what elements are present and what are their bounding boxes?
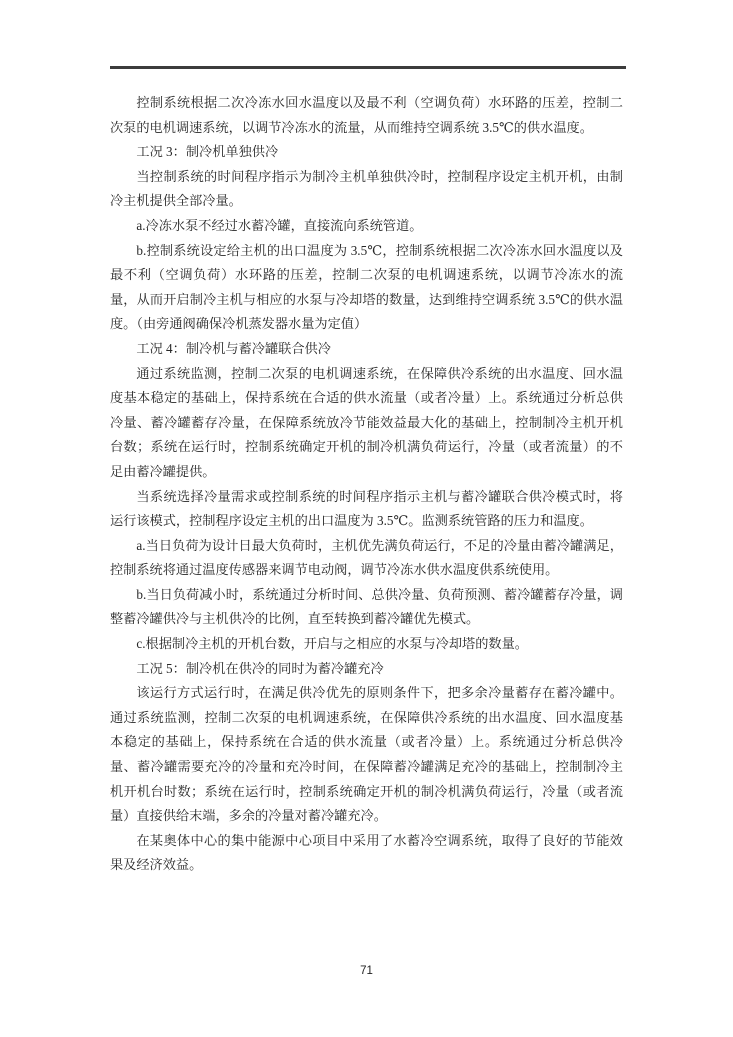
paragraph: 控制系统根据二次冷冻水回水温度以及最不利（空调负荷）水环路的压差，控制二次泵的电…	[110, 91, 623, 140]
section-heading: 工况 4：制冷机与蓄冷罐联合供冷	[110, 337, 623, 362]
paragraph: 当系统选择冷量需求或控制系统的时间程序指示主机与蓄冷罐联合供冷模式时，将运行该模…	[110, 485, 623, 534]
paragraph: b.当日负荷减小时，系统通过分析时间、总供冷量、负荷预测、蓄冷罐蓄存冷量，调整蓄…	[110, 583, 623, 632]
paragraph: 通过系统监测，控制二次泵的电机调速系统，在保障供冷系统的出水温度、回水温度基本稳…	[110, 362, 623, 485]
paragraph: c.根据制冷主机的开机台数，开启与之相应的水泵与冷却塔的数量。	[110, 632, 623, 657]
paragraph: 在某奥体中心的集中能源中心项目中采用了水蓄冷空调系统，取得了良好的节能效果及经济…	[110, 829, 623, 878]
document-page: 控制系统根据二次冷冻水回水温度以及最不利（空调负荷）水环路的压差，控制二次泵的电…	[0, 0, 733, 1037]
paragraph: 该运行方式运行时，在满足供冷优先的原则条件下，把多余冷量蓄存在蓄冷罐中。通过系统…	[110, 681, 623, 829]
page-footer: 71	[0, 961, 733, 979]
section-heading: 工况 3：制冷机单独供冷	[110, 140, 623, 165]
document-body: 控制系统根据二次冷冻水回水温度以及最不利（空调负荷）水环路的压差，控制二次泵的电…	[110, 91, 623, 878]
paragraph: a.冷冻水泵不经过水蓄冷罐，直接流向系统管道。	[110, 214, 623, 239]
page-number: 71	[360, 965, 373, 977]
paragraph: b.控制系统设定给主机的出口温度为 3.5℃，控制系统根据二次冷冻水回水温度以及…	[110, 239, 623, 337]
section-heading: 工况 5：制冷机在供冷的同时为蓄冷罐充冷	[110, 657, 623, 682]
paragraph: a.当日负荷为设计日最大负荷时，主机优先满负荷运行，不足的冷量由蓄冷罐满足，控制…	[110, 534, 623, 583]
paragraph: 当控制系统的时间程序指示为制冷主机单独供冷时，控制程序设定主机开机，由制冷主机提…	[110, 165, 623, 214]
header-rule	[110, 66, 626, 69]
